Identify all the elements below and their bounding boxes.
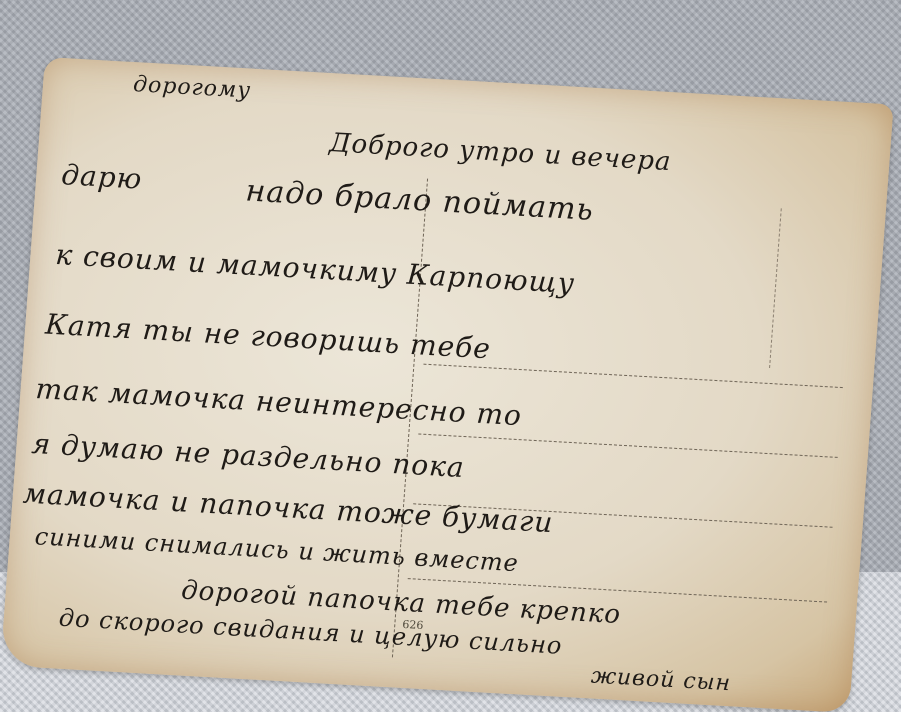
handwriting-line: Катя ты не говоришь тебе: [44, 308, 492, 366]
address-line: [423, 364, 842, 388]
handwriting-line: дорогому: [132, 72, 252, 104]
handwriting-line: так мамочка неинтересно то: [34, 372, 523, 432]
postcard: 626 дорогомуДоброго утро и вечерадарюнад…: [0, 57, 893, 712]
handwriting-line: Доброго утро и вечера: [328, 128, 672, 177]
handwriting-line: я думаю не раздельно пока: [30, 427, 465, 484]
handwriting-line: живой сын: [590, 664, 732, 697]
stamp-area-divider: [769, 208, 782, 368]
handwriting-line: дарю: [60, 158, 143, 195]
handwritten-message: дорогомуДоброго утро и вечерадарюнадо бр…: [45, 57, 894, 104]
handwriting-line: надо брало поймать: [244, 174, 595, 228]
handwriting-line: к своим и мамочкиму Карпоющу: [54, 238, 576, 300]
address-line: [418, 433, 837, 457]
